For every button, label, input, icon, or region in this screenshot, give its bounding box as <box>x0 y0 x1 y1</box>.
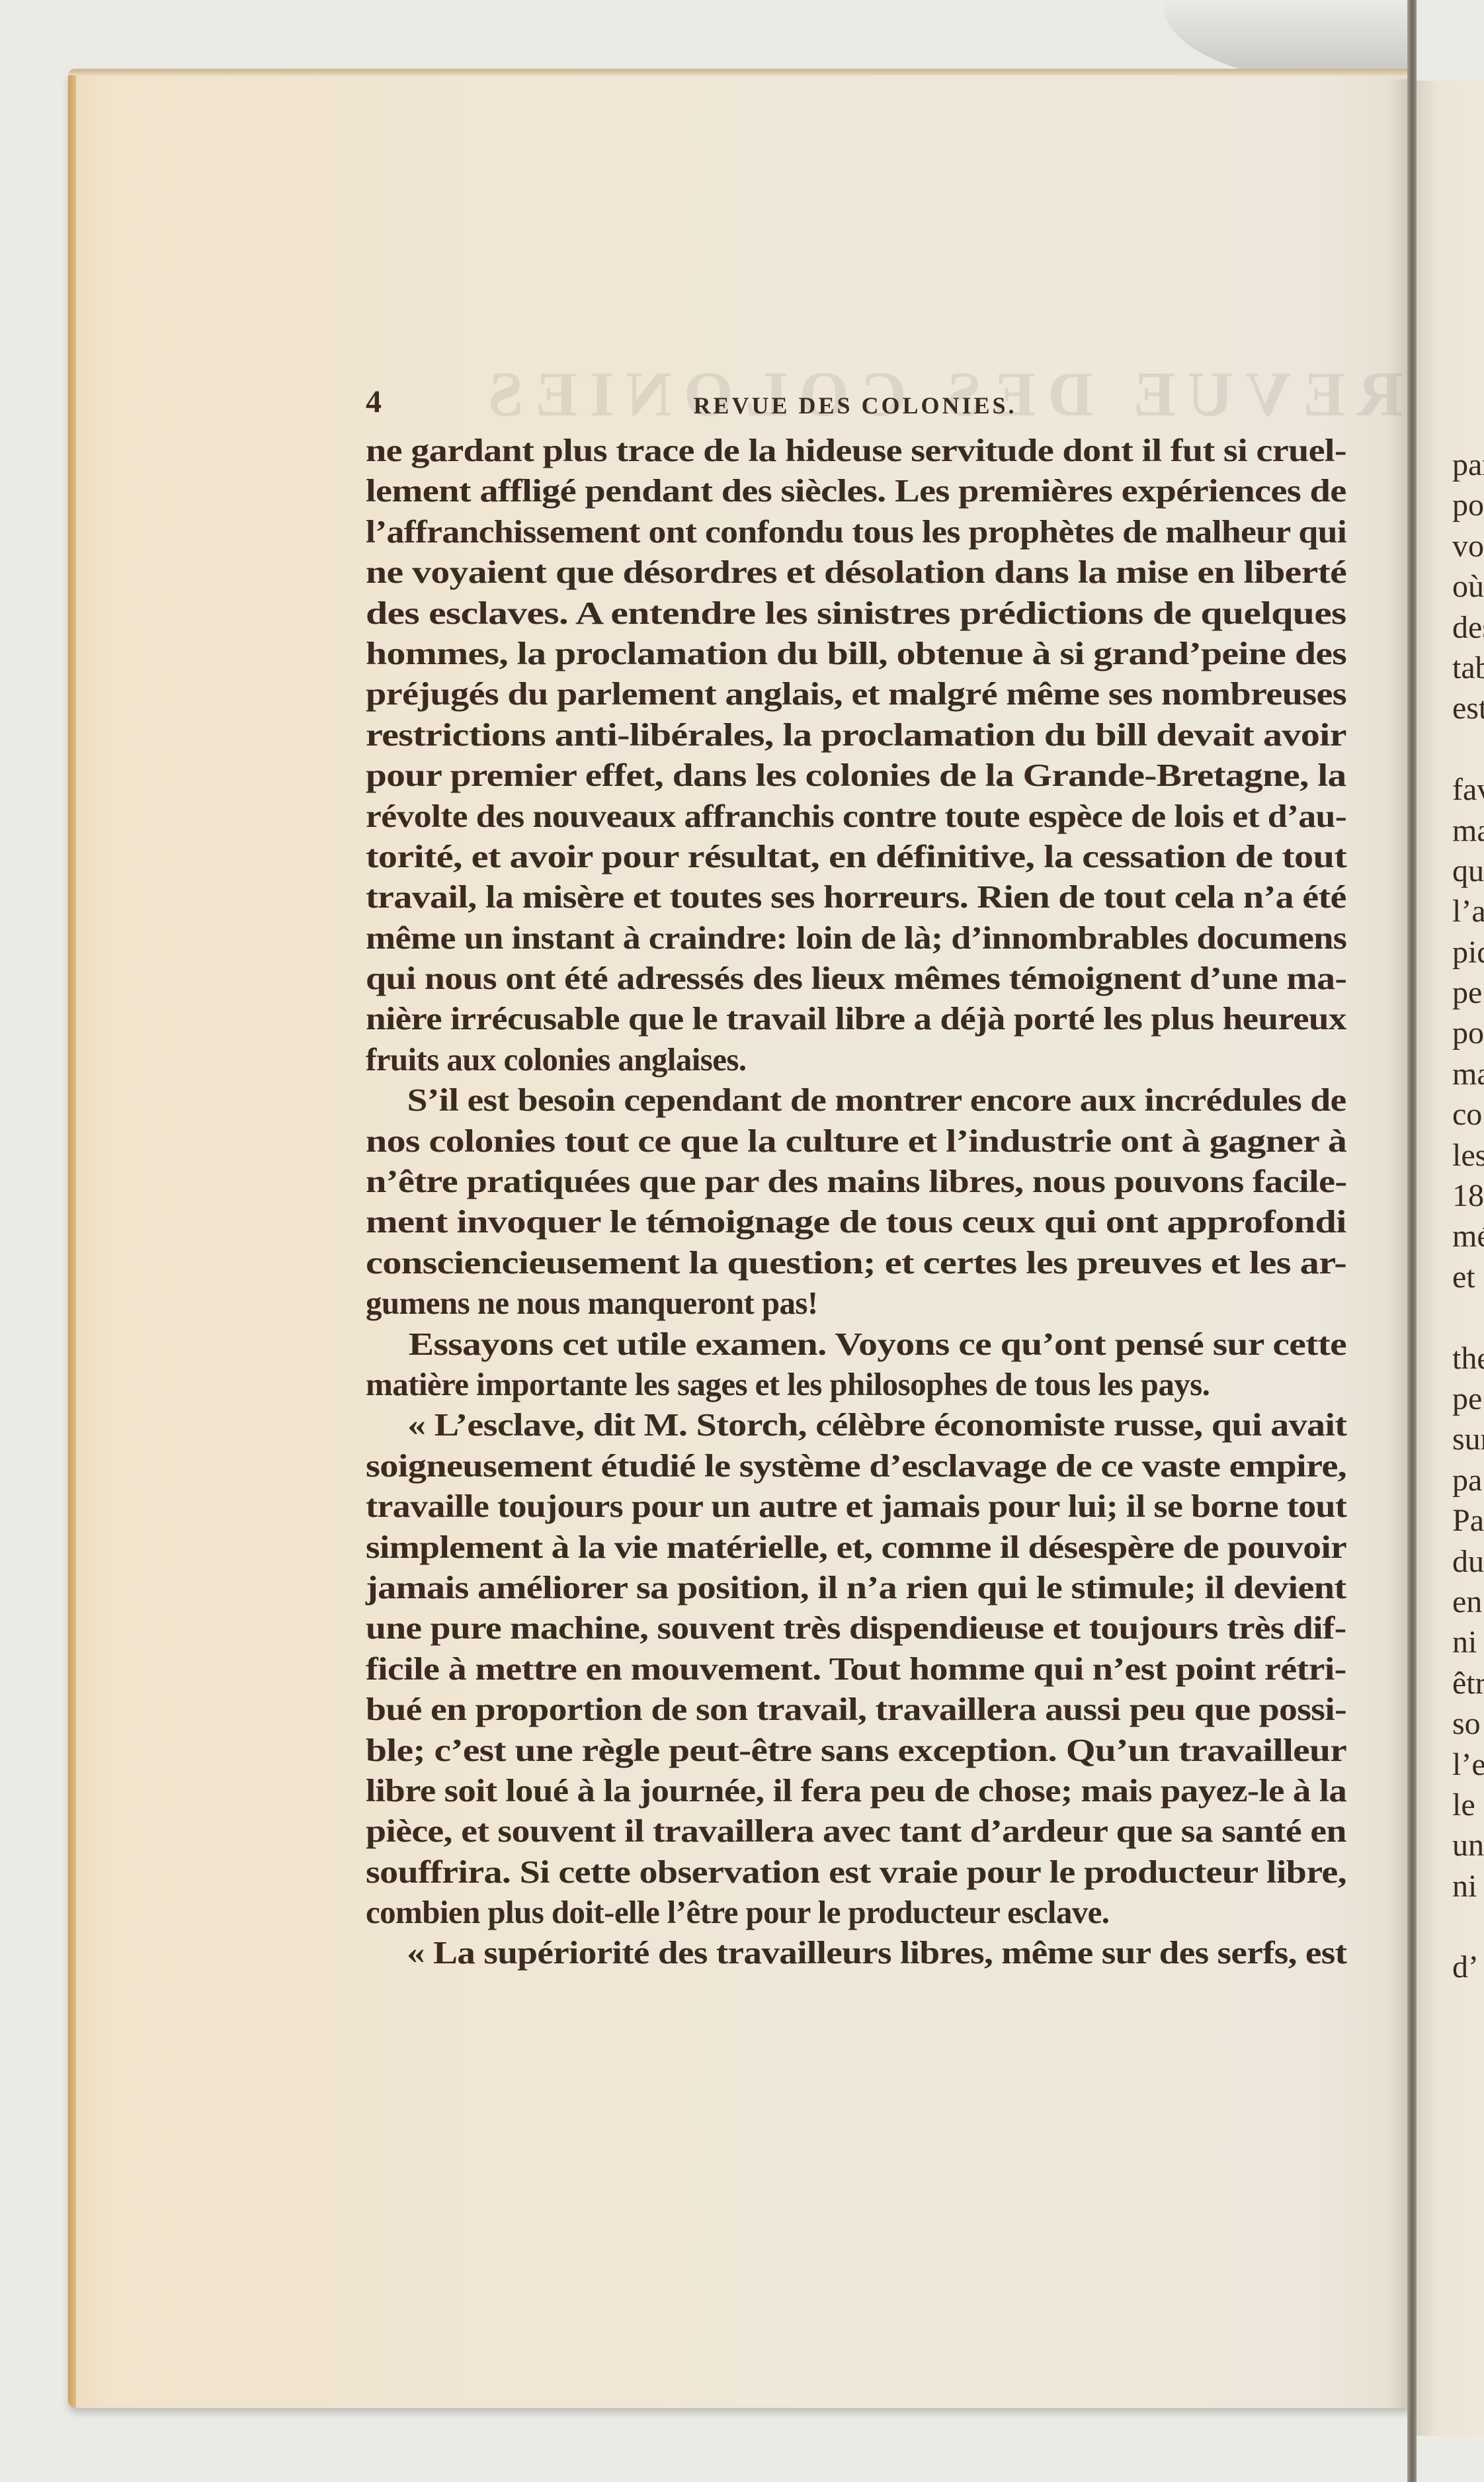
facing-page-fragment: ni <box>1452 1866 1484 1906</box>
running-head: REVUE DES COLONIES. <box>366 392 1344 419</box>
body-text: ne gardant plus trace de la hideuse serv… <box>366 430 1346 1973</box>
text-line: n’être pratiquées que par des mains libr… <box>366 1161 1484 1201</box>
facing-page-fragment: Pa <box>1452 1500 1484 1541</box>
facing-page-fragment: co <box>1452 1094 1484 1134</box>
facing-page-fragment: est <box>1452 688 1484 728</box>
facing-page-fragment: the <box>1452 1338 1484 1379</box>
facing-page-fragment: d’ <box>1452 1947 1484 1987</box>
text-line: ficile à mettre en mouvement. Tout homme… <box>366 1648 1484 1689</box>
text-line: nos colonies tout ce que la culture et l… <box>366 1121 1484 1161</box>
facing-page-fragment: êtr <box>1452 1663 1484 1703</box>
text-line: travail, la misère et toutes ses horreur… <box>366 877 1484 917</box>
text-line: « L’esclave, dit M. Storch, célèbre écon… <box>366 1404 1484 1445</box>
text-line: S’il est besoin cependant de montrer enc… <box>366 1080 1480 1120</box>
text-line: ble; c’est une règle peut-être sans exce… <box>366 1730 1484 1770</box>
text-line: gumens ne nous manqueront pas! <box>366 1283 1346 1323</box>
text-line: préjugés du parlement anglais, et malgré… <box>366 673 1484 714</box>
text-line: pour premier effet, dans les colonies de… <box>366 755 1484 795</box>
text-line: combien plus doit-elle l’être pour le pr… <box>366 1892 1346 1932</box>
text-line: qui nous ont été adressés des lieux même… <box>366 958 1483 998</box>
text-line: révolte des nouveaux affranchis contre t… <box>366 796 1444 836</box>
text-line: des esclaves. A entendre les sinistres p… <box>366 593 1484 633</box>
text-line: jamais améliorer sa position, il n’a rie… <box>366 1567 1484 1607</box>
facing-page-fragment: où <box>1452 566 1484 607</box>
facing-page-fragment: voi <box>1452 526 1484 566</box>
facing-page-fragment: mé <box>1452 1216 1484 1256</box>
facing-page-fragment: pe <box>1452 1379 1484 1419</box>
text-line: simplement à la vie matérielle, et, comm… <box>366 1527 1476 1567</box>
text-line: ment invoquer le témoignage de tous ceux… <box>366 1201 1484 1242</box>
facing-page-fragment <box>1452 1906 1484 1947</box>
text-line: hommes, la proclamation du bill, obtenue… <box>366 633 1484 673</box>
facing-page-fragment: ma <box>1452 1054 1484 1094</box>
text-line: restrictions anti-libérales, la proclama… <box>366 714 1484 755</box>
facing-page-fragment: les <box>1452 1135 1484 1176</box>
text-line: bué en proportion de son travail, travai… <box>366 1689 1482 1729</box>
text-line: fruits aux colonies anglaises. <box>366 1039 1346 1080</box>
text-line: matière importante les sages et les phil… <box>366 1364 1346 1404</box>
facing-page-fragment: po <box>1452 485 1484 525</box>
text-line: Essayons cet utile examen. Voyons ce qu’… <box>366 1324 1484 1364</box>
text-line: lement affligé pendant des siècles. Les … <box>366 470 1484 511</box>
text-line: nière irrécusable que le travail libre a… <box>366 998 1468 1039</box>
text-line: libre soit loué à la journée, il fera pe… <box>366 1770 1466 1811</box>
facing-page-fragment: du <box>1452 1541 1484 1582</box>
text-line: travaille toujours pour un autre et jama… <box>366 1486 1448 1526</box>
facing-page-text: parpovoioùdestabestfavmaquil’agpiqpepoma… <box>1452 445 1484 1988</box>
text-line: souffrira. Si cette observation est vrai… <box>366 1852 1484 1892</box>
page-header: 4 REVUE DES COLONIES. <box>366 384 1344 423</box>
text-line: « La supériorité des travailleurs libres… <box>366 1932 1472 1973</box>
facing-page-fragment: ma <box>1452 810 1484 851</box>
text-line: soigneusement étudié le système d’esclav… <box>366 1445 1484 1486</box>
facing-page-fragment: piq <box>1452 932 1484 972</box>
facing-page-fragment: tab <box>1452 648 1484 688</box>
facing-page-fragment: pe <box>1452 972 1484 1013</box>
facing-page-fragment: et <box>1452 1257 1484 1297</box>
facing-page-fragment: fav <box>1452 769 1484 810</box>
facing-page-fragment: des <box>1452 607 1484 648</box>
text-line: une pure machine, souvent très dispendie… <box>366 1607 1477 1648</box>
facing-page-fragment: l’e <box>1452 1744 1484 1785</box>
facing-page-fragment: en <box>1452 1582 1484 1622</box>
facing-page-fragment <box>1452 729 1484 769</box>
text-line: torité, et avoir pour résultat, en défin… <box>366 836 1484 877</box>
facing-page-fragment: un <box>1452 1825 1484 1865</box>
facing-page-fragment: ni <box>1452 1622 1484 1662</box>
facing-page-fragment: qui <box>1452 851 1484 891</box>
text-line: même un instant à craindre: loin de là; … <box>366 918 1451 958</box>
facing-page-fragment: so <box>1452 1703 1484 1744</box>
text-line: l’affranchissement ont confondu tous les… <box>366 511 1441 552</box>
text-line: ne voyaient que désordres et désolation … <box>366 552 1484 592</box>
facing-page-fragment: pa <box>1452 1460 1484 1500</box>
text-line: consciencieusement la question; et certe… <box>366 1242 1484 1283</box>
facing-page-fragment <box>1452 1297 1484 1338</box>
facing-page-fragment: l’ag <box>1452 891 1484 931</box>
facing-page-fragment: 18 <box>1452 1176 1484 1216</box>
facing-page-fragment: par <box>1452 445 1484 485</box>
text-line: ne gardant plus trace de la hideuse serv… <box>366 430 1484 470</box>
facing-page-fragment: sur <box>1452 1419 1484 1459</box>
text-line: pièce, et souvent il travaillera avec ta… <box>366 1811 1483 1851</box>
facing-page-fragment: le <box>1452 1785 1484 1825</box>
facing-page-fragment: po <box>1452 1013 1484 1053</box>
